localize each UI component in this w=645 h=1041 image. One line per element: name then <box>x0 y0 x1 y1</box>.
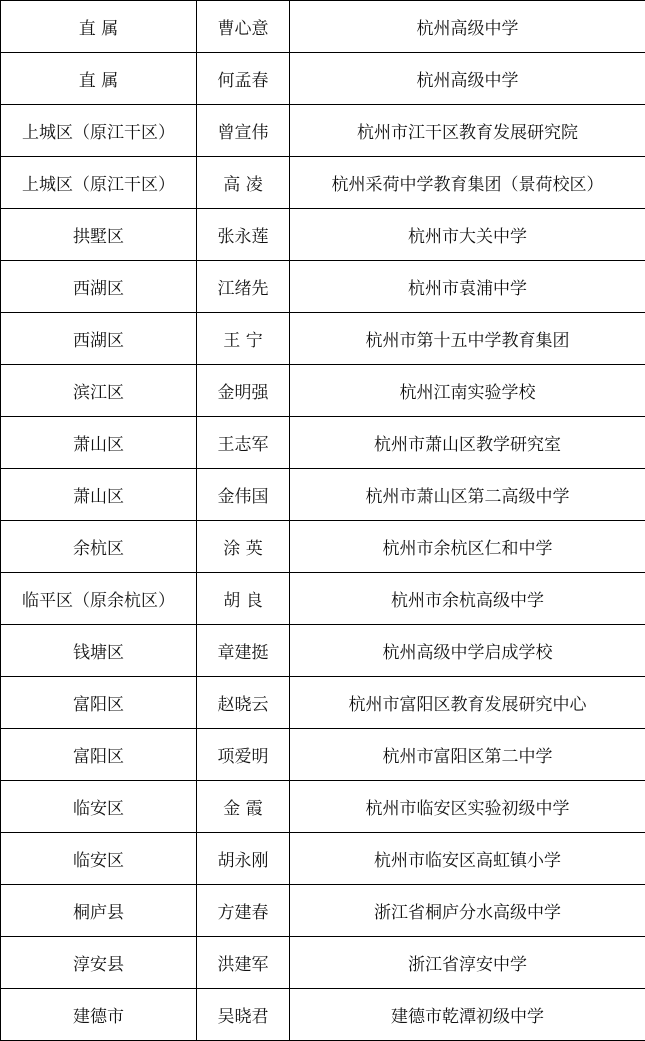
name-cell: 王 宁 <box>197 313 290 365</box>
district-cell: 上城区（原江干区） <box>1 105 197 157</box>
district-cell: 建德市 <box>1 989 197 1041</box>
table-row: 临安区胡永刚杭州市临安区高虹镇小学 <box>1 833 645 885</box>
school-cell: 杭州市萧山区第二高级中学 <box>290 469 645 521</box>
name-cell: 王志军 <box>197 417 290 469</box>
table-row: 临平区（原余杭区）胡 良杭州市余杭高级中学 <box>1 573 645 625</box>
name-cell: 曾宣伟 <box>197 105 290 157</box>
table-row: 西湖区王 宁杭州市第十五中学教育集团 <box>1 313 645 365</box>
table-row: 建德市吴晓君建德市乾潭初级中学 <box>1 989 645 1041</box>
name-cell: 江绪先 <box>197 261 290 313</box>
school-cell: 杭州市萧山区教学研究室 <box>290 417 645 469</box>
district-cell: 淳安县 <box>1 937 197 989</box>
name-cell: 项爱明 <box>197 729 290 781</box>
name-cell: 章建挺 <box>197 625 290 677</box>
school-cell: 浙江省桐庐分水高级中学 <box>290 885 645 937</box>
district-cell: 桐庐县 <box>1 885 197 937</box>
table-row: 桐庐县方建春浙江省桐庐分水高级中学 <box>1 885 645 937</box>
table-row: 富阳区赵晓云杭州市富阳区教育发展研究中心 <box>1 677 645 729</box>
district-cell: 临平区（原余杭区） <box>1 573 197 625</box>
district-cell: 富阳区 <box>1 677 197 729</box>
table-row: 萧山区金伟国杭州市萧山区第二高级中学 <box>1 469 645 521</box>
school-cell: 杭州市临安区实验初级中学 <box>290 781 645 833</box>
district-cell: 余杭区 <box>1 521 197 573</box>
district-cell: 富阳区 <box>1 729 197 781</box>
school-cell: 杭州市袁浦中学 <box>290 261 645 313</box>
name-cell: 何孟春 <box>197 53 290 105</box>
name-cell: 张永莲 <box>197 209 290 261</box>
roster-table-body: 直 属曹心意杭州高级中学直 属何孟春杭州高级中学上城区（原江干区）曾宣伟杭州市江… <box>1 1 645 1041</box>
name-cell: 金 霞 <box>197 781 290 833</box>
table-row: 拱墅区张永莲杭州市大关中学 <box>1 209 645 261</box>
school-cell: 杭州市第十五中学教育集团 <box>290 313 645 365</box>
district-cell: 西湖区 <box>1 313 197 365</box>
school-cell: 杭州市江干区教育发展研究院 <box>290 105 645 157</box>
name-cell: 金伟国 <box>197 469 290 521</box>
name-cell: 方建春 <box>197 885 290 937</box>
school-cell: 浙江省淳安中学 <box>290 937 645 989</box>
table-row: 钱塘区章建挺杭州高级中学启成学校 <box>1 625 645 677</box>
roster-table: 直 属曹心意杭州高级中学直 属何孟春杭州高级中学上城区（原江干区）曾宣伟杭州市江… <box>0 0 645 1041</box>
name-cell: 胡 良 <box>197 573 290 625</box>
district-cell: 上城区（原江干区） <box>1 157 197 209</box>
school-cell: 杭州采荷中学教育集团（景荷校区） <box>290 157 645 209</box>
district-cell: 直 属 <box>1 53 197 105</box>
district-cell: 西湖区 <box>1 261 197 313</box>
name-cell: 金明强 <box>197 365 290 417</box>
table-row: 临安区金 霞杭州市临安区实验初级中学 <box>1 781 645 833</box>
table-row: 富阳区项爱明杭州市富阳区第二中学 <box>1 729 645 781</box>
table-row: 余杭区涂 英杭州市余杭区仁和中学 <box>1 521 645 573</box>
district-cell: 临安区 <box>1 781 197 833</box>
name-cell: 高 凌 <box>197 157 290 209</box>
name-cell: 胡永刚 <box>197 833 290 885</box>
table-row: 萧山区王志军杭州市萧山区教学研究室 <box>1 417 645 469</box>
school-cell: 杭州高级中学 <box>290 1 645 53</box>
name-cell: 吴晓君 <box>197 989 290 1041</box>
district-cell: 直 属 <box>1 1 197 53</box>
district-cell: 钱塘区 <box>1 625 197 677</box>
school-cell: 杭州江南实验学校 <box>290 365 645 417</box>
school-cell: 杭州市富阳区教育发展研究中心 <box>290 677 645 729</box>
district-cell: 滨江区 <box>1 365 197 417</box>
school-cell: 杭州高级中学启成学校 <box>290 625 645 677</box>
school-cell: 杭州高级中学 <box>290 53 645 105</box>
table-row: 直 属何孟春杭州高级中学 <box>1 53 645 105</box>
district-cell: 萧山区 <box>1 417 197 469</box>
name-cell: 洪建军 <box>197 937 290 989</box>
name-cell: 赵晓云 <box>197 677 290 729</box>
table-row: 滨江区金明强杭州江南实验学校 <box>1 365 645 417</box>
school-cell: 杭州市大关中学 <box>290 209 645 261</box>
school-cell: 杭州市富阳区第二中学 <box>290 729 645 781</box>
name-cell: 涂 英 <box>197 521 290 573</box>
table-row: 上城区（原江干区）高 凌杭州采荷中学教育集团（景荷校区） <box>1 157 645 209</box>
table-row: 上城区（原江干区）曾宣伟杭州市江干区教育发展研究院 <box>1 105 645 157</box>
district-cell: 临安区 <box>1 833 197 885</box>
school-cell: 杭州市临安区高虹镇小学 <box>290 833 645 885</box>
school-cell: 建德市乾潭初级中学 <box>290 989 645 1041</box>
name-cell: 曹心意 <box>197 1 290 53</box>
district-cell: 拱墅区 <box>1 209 197 261</box>
table-row: 直 属曹心意杭州高级中学 <box>1 1 645 53</box>
table-row: 西湖区江绪先杭州市袁浦中学 <box>1 261 645 313</box>
school-cell: 杭州市余杭高级中学 <box>290 573 645 625</box>
table-row: 淳安县洪建军浙江省淳安中学 <box>1 937 645 989</box>
school-cell: 杭州市余杭区仁和中学 <box>290 521 645 573</box>
district-cell: 萧山区 <box>1 469 197 521</box>
